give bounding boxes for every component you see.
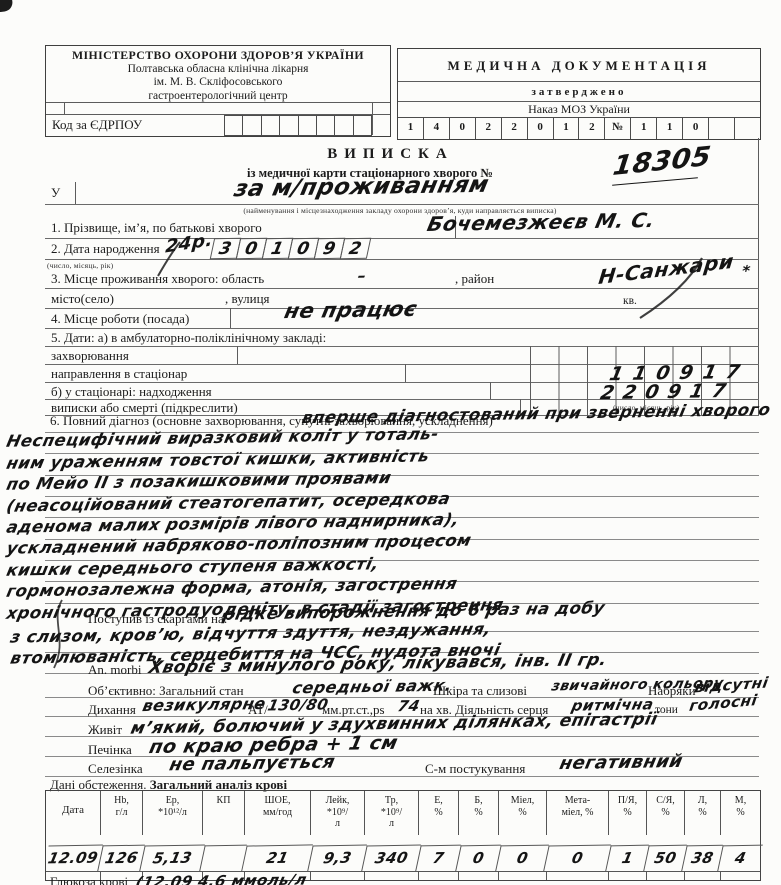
edrpou-cell	[224, 115, 243, 136]
blood-table-header-cell: Л, %	[684, 791, 720, 835]
center-line: гастроентерологічний центр	[46, 90, 390, 104]
addressee-label: У	[51, 185, 60, 201]
order-cell: 2	[501, 118, 527, 139]
glucose-label: Глюкоза крові	[50, 874, 128, 885]
blood-table-value-cell: 340	[361, 845, 421, 872]
blood-table-value-cell: 5,13	[139, 844, 205, 871]
blood-table-value-cell: 21	[241, 844, 313, 871]
divider	[490, 382, 491, 399]
divider	[405, 364, 406, 382]
blood-analysis-table: ДатаHb, г/лЕр, *10¹²/лКПШОЕ, мм/годЛейк,…	[45, 790, 761, 881]
order-cell	[708, 118, 734, 139]
blood-table-header-cell: Мета- міел, %	[546, 791, 608, 835]
blood-table-header-cell: П/Я, %	[608, 791, 646, 835]
blood-table-value-cell: 7	[415, 845, 461, 872]
dates-section-label: 5. Дати: а) в амбулаторно-поліклінічному…	[51, 330, 326, 346]
divider	[372, 102, 373, 135]
street-label: , вулиця	[225, 291, 270, 307]
blood-table-header-cell: Лейк, *10⁹/ л	[310, 791, 364, 835]
order-cell: 1	[398, 118, 423, 139]
blood-table-empty-cell	[458, 871, 498, 880]
edrpou-cell	[242, 115, 261, 136]
blood-table-empty-cell	[684, 871, 720, 880]
percussion-label: С-м постукування	[425, 761, 525, 777]
referral-label: направлення в стаціонар	[51, 366, 187, 382]
approved-label: затверджено	[398, 86, 760, 98]
order-cell: №	[604, 118, 630, 139]
blood-table-value-cell: 126	[97, 845, 145, 872]
blood-table-value-cell	[199, 845, 247, 872]
order-cell	[734, 118, 760, 139]
order-cell: 1	[630, 118, 656, 139]
residence-label: 3. Місце проживання хворого: область	[51, 271, 264, 287]
general-state-handwritten: середньої важк.	[291, 676, 454, 698]
blood-table-header-cell: Ер, *10¹²/л	[142, 791, 202, 835]
blood-table-value-cell: 0	[495, 845, 549, 872]
blood-table-empty-cell	[364, 871, 418, 880]
skin-label: Шкіра та слизові	[433, 683, 527, 699]
hospital-line: Полтавська обласна клінічна лікарня	[46, 63, 390, 77]
med-doc-title: МЕДИЧНА ДОКУМЕНТАЦІЯ	[398, 58, 760, 74]
dob-cells: 301092	[213, 238, 369, 259]
order-number-cells: 14022012№110	[398, 117, 760, 139]
order-cell: 1	[656, 118, 682, 139]
blood-table-header-cell: КП	[202, 791, 244, 835]
work-handwritten: не працює	[282, 297, 419, 323]
issuer-box: МІНІСТЕРСТВО ОХОРОНИ ЗДОРОВ’Я УКРАЇНИ По…	[45, 45, 391, 137]
blood-table-header-cell: Дата	[46, 791, 100, 845]
blood-table-empty-cell	[310, 871, 364, 880]
spleen-handwritten: не пальпується	[167, 752, 337, 776]
edrpou-label: Код за ЄДРПОУ	[52, 117, 142, 133]
glucose-row: Глюкоза крові (12.09 4,6 ммоль/л	[50, 872, 306, 885]
divider	[230, 308, 231, 328]
blood-table-header-cell: Тр, *10⁹/ л	[364, 791, 418, 835]
divider	[46, 102, 390, 103]
illness-label: захворювання	[51, 348, 129, 364]
blood-table-value-cell: 4	[717, 845, 763, 872]
blood-table-header-cell: Б, %	[458, 791, 498, 835]
order-cell: 2	[475, 118, 501, 139]
hospital-name-line: ім. М. В. Скліфосовського	[46, 76, 390, 90]
blood-table-header-cell: Е, %	[418, 791, 458, 835]
order-cell: 0	[449, 118, 475, 139]
liver-label: Печінка	[88, 742, 132, 758]
blood-table-header-cell: ШОЕ, мм/год	[244, 791, 310, 835]
blood-table-empty-cell	[546, 871, 608, 880]
admission-label: б) у стаціонарі: надходження	[51, 384, 212, 400]
name-label: 1. Прізвище, ім’я, по батькові хворого	[51, 220, 262, 236]
edrpou-cell	[261, 115, 280, 136]
breathing-label: Дихання	[88, 702, 136, 718]
edrpou-cell	[298, 115, 317, 136]
dob-digit: 2	[340, 238, 372, 259]
blood-table-header-cell: М, %	[720, 791, 760, 835]
order-cell: 1	[553, 118, 579, 139]
blood-table-empty-cell	[608, 871, 646, 880]
edrpou-cells	[225, 115, 372, 136]
blood-table-empty-cell	[418, 871, 458, 880]
blood-table-value-cell: 0	[543, 844, 611, 871]
spleen-label: Селезінка	[88, 761, 143, 777]
blood-table-empty-cell	[498, 871, 546, 880]
edrpou-cell	[316, 115, 335, 136]
percussion-handwritten: негативний	[558, 751, 685, 774]
city-label: місто(село)	[51, 291, 114, 307]
dob-row: 2. Дата народження	[45, 238, 759, 260]
blood-table-header-cell: Hb, г/л	[100, 791, 142, 835]
divider	[237, 346, 238, 364]
dates-section-row: 5. Дати: а) в амбулаторно-поліклінічному…	[45, 328, 759, 347]
diagnosis-handwritten: вперше діагностований при зверненні хвор…	[8, 404, 778, 618]
med-doc-box: МЕДИЧНА ДОКУМЕНТАЦІЯ затверджено Наказ М…	[397, 48, 761, 140]
order-cell: 0	[682, 118, 708, 139]
abdomen-label: Живіт	[88, 722, 122, 738]
divider	[75, 182, 76, 204]
blood-table-value-cell: 12.09	[43, 845, 103, 872]
edrpou-cell	[279, 115, 298, 136]
blood-table-empty-cell	[720, 871, 760, 880]
blood-table-value-cell: 9,3	[307, 845, 367, 872]
glucose-handwritten: (12.09 4,6 ммоль/л	[134, 871, 309, 885]
blood-table-value-cell: 50	[643, 845, 687, 872]
ministry-line: МІНІСТЕРСТВО ОХОРОНИ ЗДОРОВ’Я УКРАЇНИ	[46, 49, 390, 63]
blood-table-data-row: 12.091265,13219,33407000150384	[46, 845, 760, 871]
work-label: 4. Місце роботи (посада)	[51, 311, 189, 327]
district-label: , район	[455, 271, 494, 287]
issuer-lines: МІНІСТЕРСТВО ОХОРОНИ ЗДОРОВ’Я УКРАЇНИ По…	[46, 49, 390, 103]
blood-table-value-cell: 0	[455, 845, 501, 872]
order-cell: 0	[527, 118, 553, 139]
bp-handwritten: 130/80	[266, 695, 330, 714]
dob-label: 2. Дата народження	[51, 241, 160, 257]
blood-table-header-row: ДатаHb, г/лЕр, *10¹²/лКПШОЕ, мм/годЛейк,…	[46, 791, 760, 845]
blood-table-header-cell: Міел, %	[498, 791, 546, 835]
name-handwritten: Бочемезжеєв М. С.	[425, 208, 657, 236]
blood-table-header-cell: С/Я, %	[646, 791, 684, 835]
an-morbi-label: An. morbi	[88, 662, 141, 678]
order-cell: 4	[423, 118, 449, 139]
divider	[398, 81, 760, 82]
addressee-handwritten: за м/проживанням	[232, 172, 492, 202]
scanned-medical-form: МІНІСТЕРСТВО ОХОРОНИ ЗДОРОВ’Я УКРАЇНИ По…	[0, 0, 781, 885]
scan-artifact-mark	[0, 0, 14, 12]
blood-table-empty-cell	[646, 871, 684, 880]
edrpou-cell	[334, 115, 353, 136]
blood-table-value-cell: 38	[681, 845, 723, 872]
edrpou-cell	[353, 115, 372, 136]
order-label: Наказ МОЗ України	[398, 102, 760, 117]
apartment-label: кв.	[623, 295, 637, 307]
order-cell: 2	[578, 118, 604, 139]
blood-table-value-cell: 1	[605, 845, 649, 872]
pulse-handwritten: 74	[396, 697, 422, 715]
